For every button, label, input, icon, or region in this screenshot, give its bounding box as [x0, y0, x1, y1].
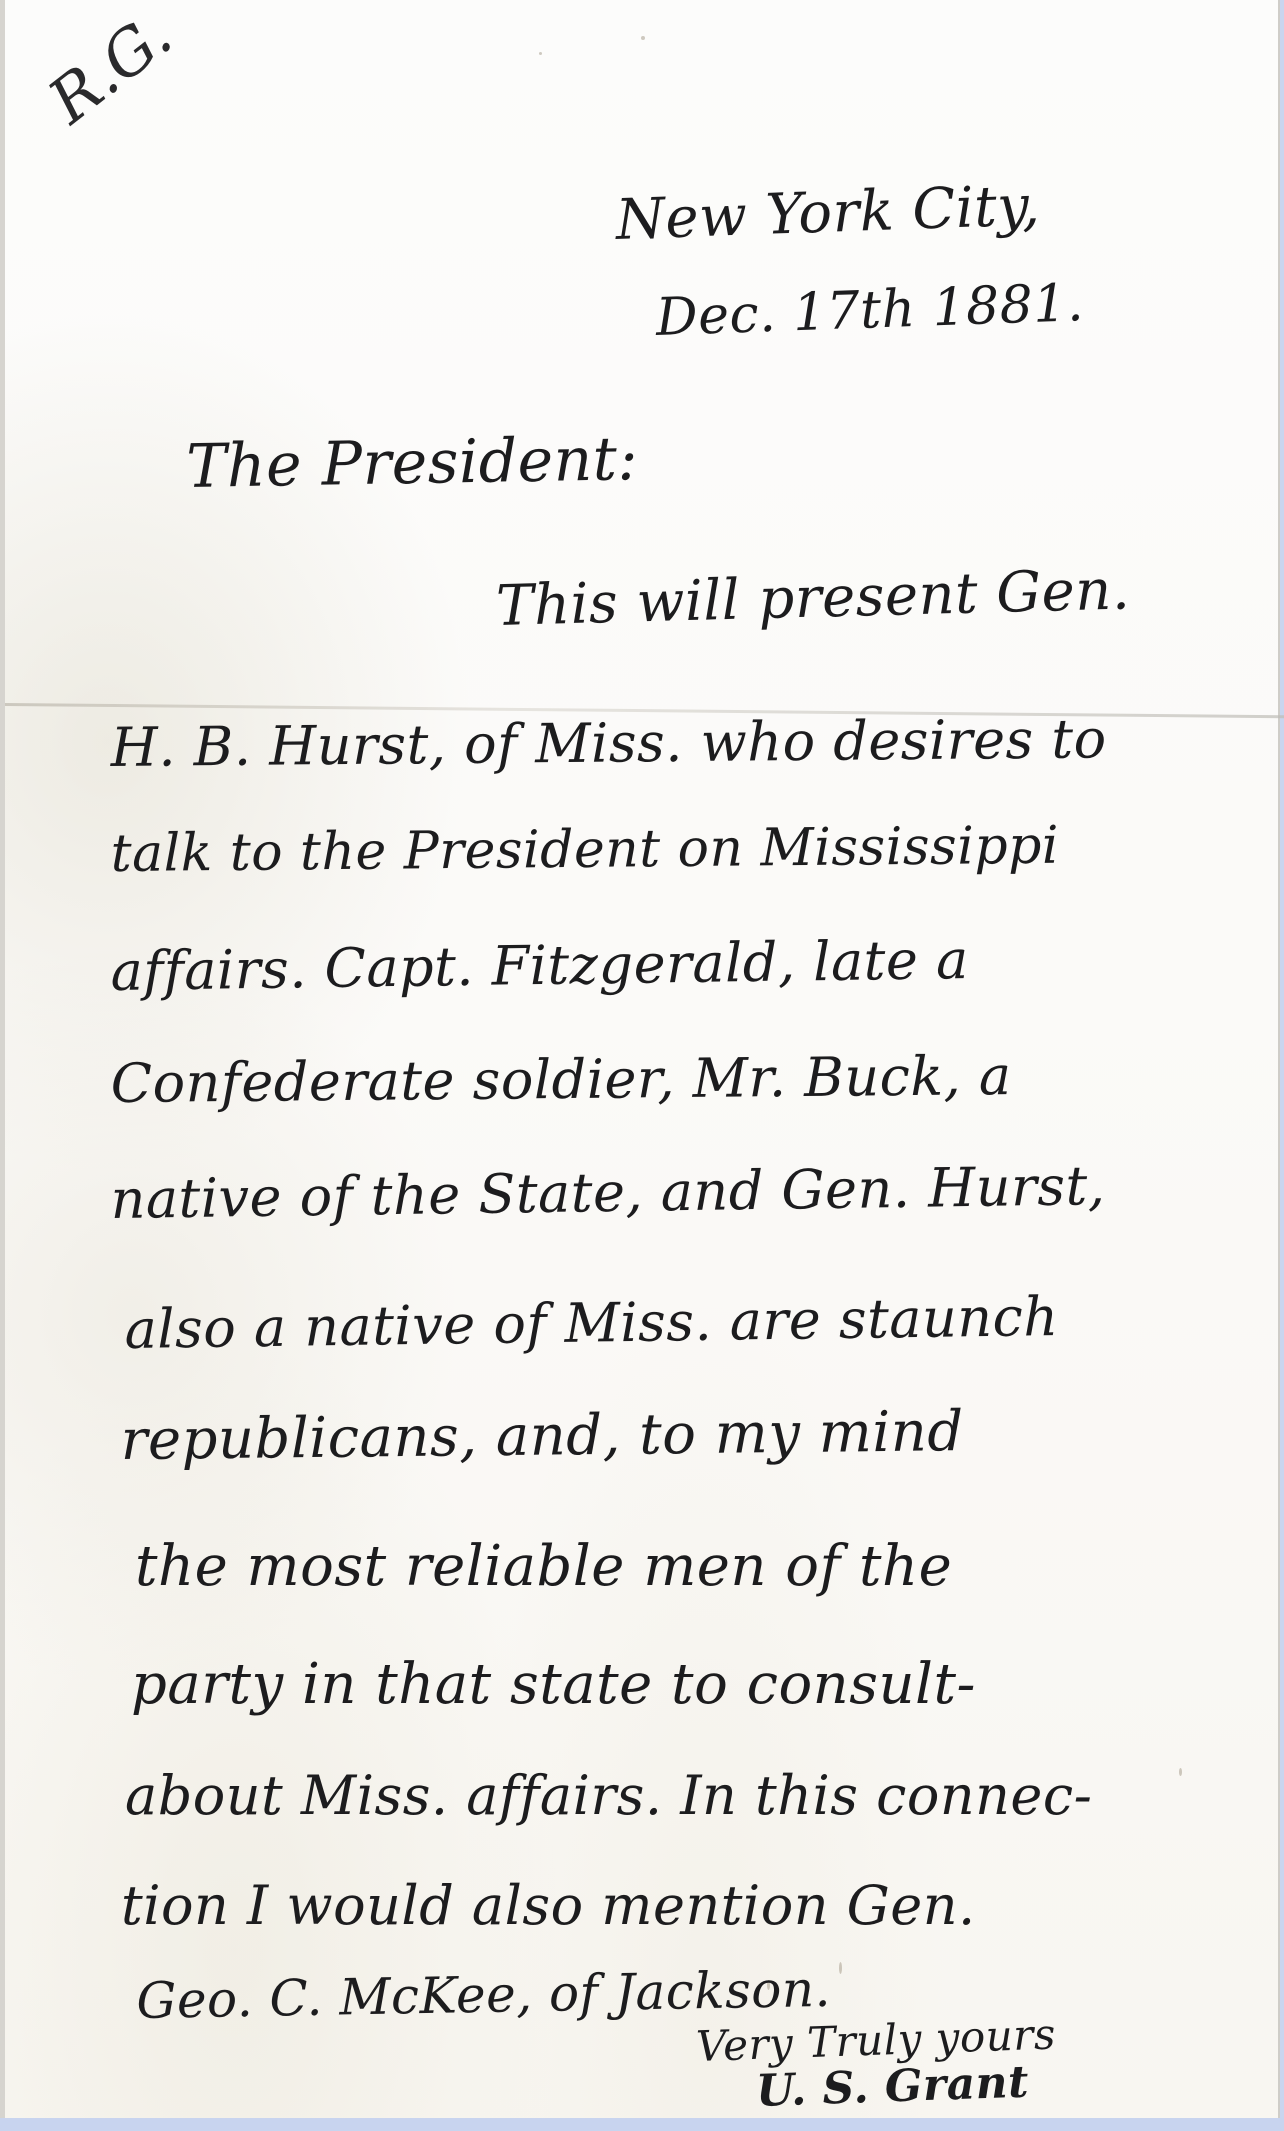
body-line: republicans, and, to my mind: [120, 1399, 964, 1473]
body-line: native of the State, and Gen. Hurst,: [110, 1154, 1106, 1231]
body-line: the most reliable men of the: [135, 1534, 952, 1599]
corner-annotation: R.G.: [35, 0, 185, 138]
body-line: Geo. C. McKee, of Jackson.: [136, 1960, 831, 2030]
body-line: about Miss. affairs. In this connec-: [125, 1764, 1092, 1827]
paper-speck: [839, 1962, 842, 1974]
body-line: party in that state to consult-: [131, 1652, 976, 1717]
body-line: affairs. Capt. Fitzgerald, late a: [110, 928, 969, 1003]
salutation: The President:: [186, 424, 639, 502]
body-line: H. B. Hurst, of Miss. who desires to: [110, 707, 1106, 779]
signature: U. S. Grant: [755, 2057, 1030, 2117]
letter-date: Dec. 17th 1881.: [655, 273, 1085, 348]
letter-paper: R.G. New York City, Dec. 17th 1881. The …: [0, 0, 1280, 2120]
body-line: talk to the President on Mississippi: [110, 816, 1059, 884]
body-line: tion I would also mention Gen.: [121, 1874, 976, 1937]
background-strip: [0, 2118, 1284, 2131]
body-line: Confederate soldier, Mr. Buck, a: [110, 1044, 1011, 1115]
paper-speck: [539, 52, 542, 55]
body-line: This will present Gen.: [495, 557, 1131, 639]
paper-speck: [1179, 1768, 1182, 1776]
paper-speck: [641, 36, 645, 40]
body-line: also a native of Miss. are staunch: [124, 1285, 1059, 1361]
letter-place: New York City,: [615, 173, 1041, 253]
